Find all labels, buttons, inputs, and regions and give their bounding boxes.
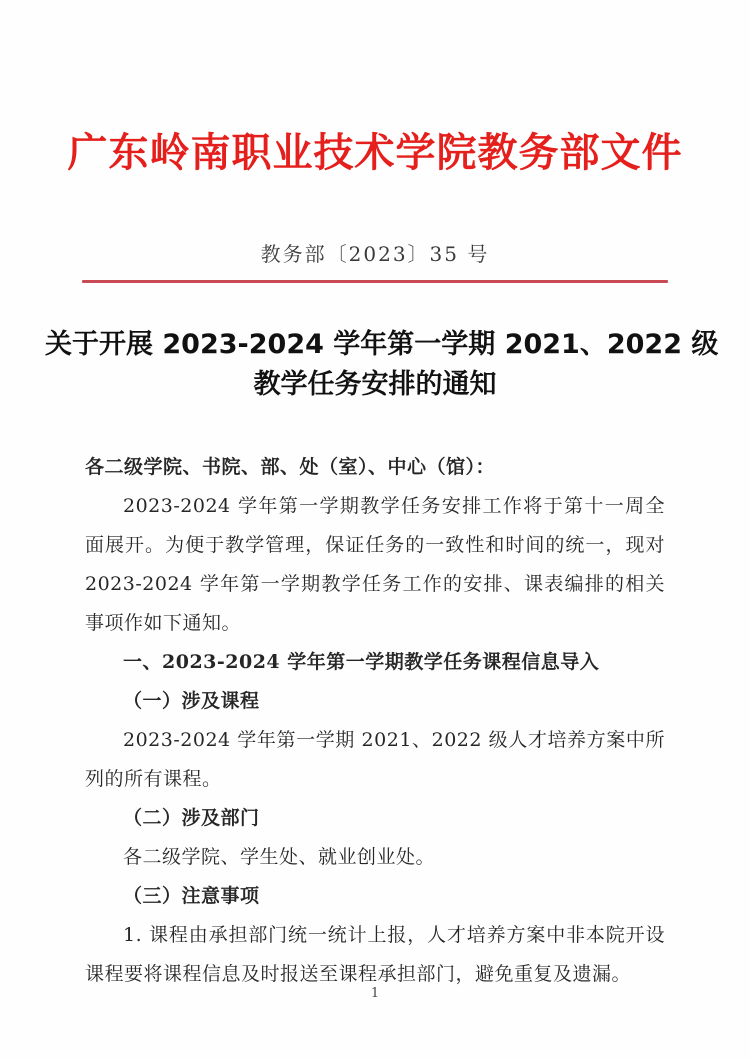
salutation: 各二级学院、书院、部、处（室）、中心（馆）： — [85, 448, 665, 487]
document-header: 广东岭南职业技术学院教务部文件 教务部〔2023〕35 号 — [0, 0, 750, 283]
red-divider-line — [82, 280, 668, 283]
issuing-org-title: 广东岭南职业技术学院教务部文件 — [0, 128, 750, 178]
subsection-3-heading: （三）注意事项 — [85, 877, 665, 916]
subsection-1-text: 2023-2024 学年第一学期 2021、2022 级人才培养方案中所列的所有… — [85, 721, 665, 799]
document-page: 广东岭南职业技术学院教务部文件 教务部〔2023〕35 号 关于开展 2023-… — [0, 0, 750, 1061]
subsection-1-heading: （一）涉及课程 — [85, 682, 665, 721]
document-title: 关于开展 2023-2024 学年第一学期 2021、2022 级 教学任务安排… — [45, 325, 705, 405]
subsection-2-text: 各二级学院、学生处、就业创业处。 — [85, 838, 665, 877]
document-number: 教务部〔2023〕35 号 — [0, 240, 750, 268]
section-1-heading: 一、2023-2024 学年第一学期教学任务课程信息导入 — [85, 643, 665, 682]
document-title-line1: 关于开展 2023-2024 学年第一学期 2021、2022 级 — [45, 325, 705, 365]
page-footer: 1 — [0, 982, 750, 1001]
document-body: 各二级学院、书院、部、处（室）、中心（馆）： 2023-2024 学年第一学期教… — [85, 448, 665, 994]
document-title-line2: 教学任务安排的通知 — [45, 365, 705, 405]
subsection-2-heading: （二）涉及部门 — [85, 799, 665, 838]
intro-paragraph: 2023-2024 学年第一学期教学任务安排工作将于第十一周全面展开。为便于教学… — [85, 487, 665, 643]
page-number: 1 — [371, 986, 379, 1001]
